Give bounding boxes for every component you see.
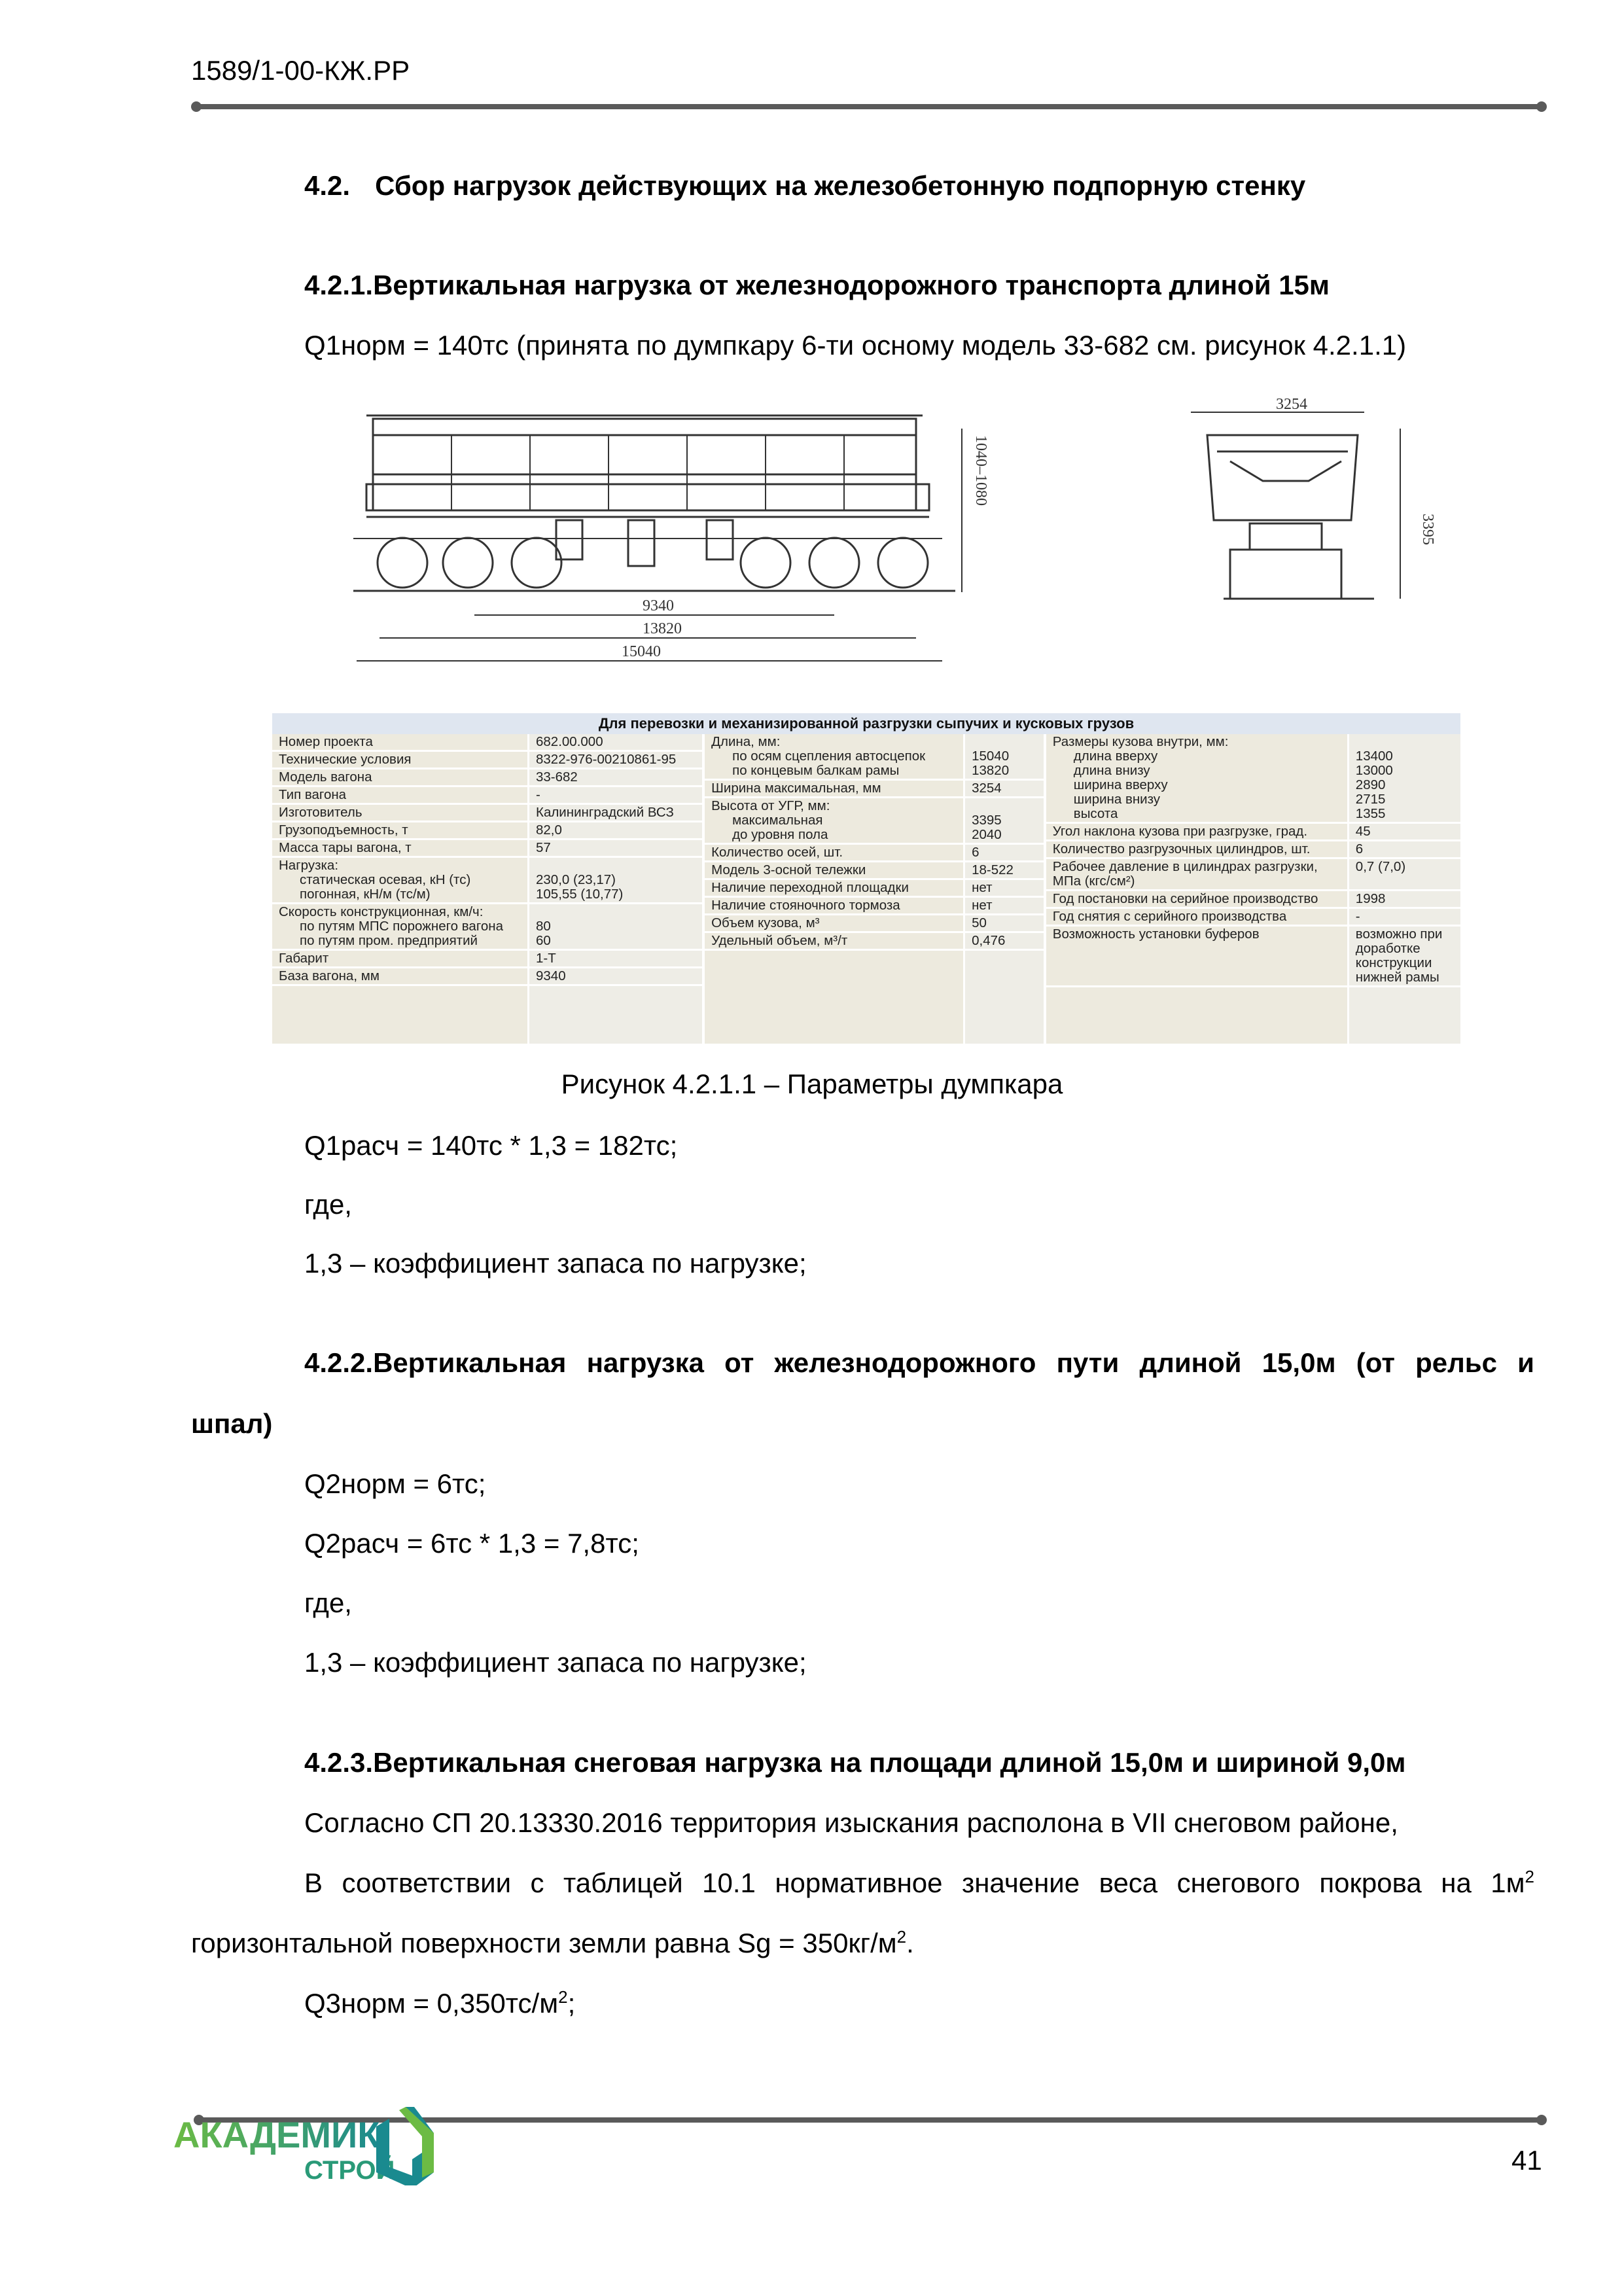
table-cell-label: Количество осей, шт. (705, 845, 963, 860)
end-view (1191, 412, 1400, 599)
table-row: База вагона, мм9340 (272, 968, 702, 986)
company-logo: АКАДЕМИК СТРОЙ (173, 2107, 435, 2185)
table-row: Наличие стояночного тормозанет (705, 898, 1044, 915)
table-row: Высота от УГР, мм:максимальнаядо уровня … (705, 798, 1044, 845)
table-cell-label: Рабочее давление в цилиндрах разгрузки, … (1046, 859, 1347, 889)
table-column-1: Номер проекта682.00.000Технические услов… (272, 734, 702, 1046)
table-row: Размеры кузова внутри, мм:длина вверхудл… (1046, 734, 1460, 824)
header-rule (194, 104, 1544, 109)
table-cell-value: нет (963, 898, 1044, 913)
subsection-heading-4-2-2: 4.2.2.Вертикальная нагрузка от железнодо… (304, 1346, 1534, 1380)
q3-norm-main: Q3норм = 0,350тс/м (304, 1988, 558, 2019)
snow-sg-text: горизонтальной поверхности земли равна S… (191, 1926, 914, 1960)
table-row: Возможность установки буфероввозможно пр… (1046, 927, 1460, 987)
table-cell-value: Калининградский ВСЗ (527, 805, 702, 821)
table-cell-value: 1504013820 (963, 734, 1044, 779)
table-row: Масса тары вагона, т57 (272, 840, 702, 858)
table-cell-value: - (1347, 909, 1460, 925)
table-cell-value: 6 (1347, 841, 1460, 857)
table-row: Удельный объем, м³/т0,476 (705, 933, 1044, 951)
figure-caption: Рисунок 4.2.1.1 – Параметры думпкара (0, 1069, 1624, 1100)
dim-height: 3395 (1419, 514, 1436, 545)
section-heading: 4.2.Сбор нагрузок действующих на железоб… (304, 169, 1305, 203)
table-cell-value: 33-682 (527, 769, 702, 785)
table-cell-value: 6 (963, 845, 1044, 860)
q2-norm: Q2норм = 6тс; (304, 1467, 485, 1501)
table-cell-value: 682.00.000 (527, 734, 702, 750)
table-cell-label: База вагона, мм (272, 968, 527, 984)
table-cell-label: Размеры кузова внутри, мм:длина вверхудл… (1046, 734, 1347, 822)
dumpcar-parameters-table: Для перевозки и механизированной разгруз… (272, 713, 1460, 1046)
table-row: Нагрузка:статическая осевая, кН (тс)пого… (272, 858, 702, 904)
table-cell-value: 3254 (963, 781, 1044, 796)
table-cell-label: Объем кузова, м³ (705, 915, 963, 931)
table-cell-label: Удельный объем, м³/т (705, 933, 963, 949)
table-cell-label: Возможность установки буферов (1046, 927, 1347, 985)
q2-calc: Q2расч = 6тс * 1,3 = 7,8тс; (304, 1527, 639, 1561)
snow-sg-text-main: горизонтальной поверхности земли равна S… (191, 1928, 897, 1958)
table-cell-value: 57 (527, 840, 702, 856)
where-label-1: где, (304, 1188, 352, 1222)
subsection-heading-4-2-1: 4.2.1.Вертикальная нагрузка от железнодо… (304, 268, 1330, 302)
table-cell-label: Технические условия (272, 752, 527, 768)
superscript: 2 (558, 1987, 567, 2007)
dim-coupler-length: 15040 (622, 643, 661, 660)
coef-note-2: 1,3 – коэффициент запаса по нагрузке; (304, 1646, 807, 1680)
q1-norm: Q1норм = 140тс (принята по думпкару 6-ти… (304, 328, 1406, 362)
table-cell-label: Модель 3-осной тележки (705, 862, 963, 878)
dim-height-side: 1040–1080 (972, 435, 989, 506)
table-cell-label: Тип вагона (272, 787, 527, 803)
subsection-heading-4-2-2-cont: шпал) (191, 1407, 272, 1441)
coef-note-1: 1,3 – коэффициент запаса по нагрузке; (304, 1246, 807, 1280)
table-row: Скорость конструкционная, км/ч:по путям … (272, 904, 702, 951)
snow-region-text: Согласно СП 20.13330.2016 территория изы… (304, 1806, 1398, 1840)
table-cell-value: 230,0 (23,17)105,55 (10,77) (527, 858, 702, 902)
table-cell-label: Длина, мм:по осям сцепления автосцепокпо… (705, 734, 963, 779)
table-cell-value: 8322-976-00210861-95 (527, 752, 702, 768)
table-row: Ширина максимальная, мм3254 (705, 781, 1044, 798)
subsection-heading-4-2-3: 4.2.3.Вертикальная снеговая нагрузка на … (304, 1746, 1406, 1780)
table-cell-value: 8060 (527, 904, 702, 949)
table-column-3: Размеры кузова внутри, мм:длина вверхудл… (1044, 734, 1460, 1046)
table-cell-label: Скорость конструкционная, км/ч:по путям … (272, 904, 527, 949)
table-row: Рабочее давление в цилиндрах разгрузки, … (1046, 859, 1460, 891)
table-title: Для перевозки и механизированной разгруз… (272, 713, 1460, 734)
table-cell-label: Год постановки на серийное производство (1046, 891, 1347, 907)
table-row: Технические условия8322-976-00210861-95 (272, 752, 702, 769)
table-cell-value: 82,0 (527, 822, 702, 838)
table-row: Номер проекта682.00.000 (272, 734, 702, 752)
table-cell-label: Масса тары вагона, т (272, 840, 527, 856)
table-row: Габарит1-Т (272, 951, 702, 968)
table-cell-label: Наличие переходной площадки (705, 880, 963, 896)
table-row: Длина, мм:по осям сцепления автосцепокпо… (705, 734, 1044, 781)
table-row: Количество разгрузочных цилиндров, шт.6 (1046, 841, 1460, 859)
table-cell-label: Номер проекта (272, 734, 527, 750)
table-cell-value: 1-Т (527, 951, 702, 966)
q3-norm: Q3норм = 0,350тс/м2; (304, 1987, 575, 2021)
snow-table-text: В соответствии с таблицей 10.1 нормативн… (304, 1866, 1534, 1900)
superscript: 2 (1525, 1867, 1534, 1886)
header-doc-code: 1589/1-00-КЖ.РР (191, 55, 410, 86)
table-cell-value: 0,7 (7,0) (1347, 859, 1460, 889)
table-cell-label: Ширина максимальная, мм (705, 781, 963, 796)
q1-calc: Q1расч = 140тс * 1,3 = 182тс; (304, 1129, 677, 1163)
dim-width: 3254 (1276, 396, 1307, 413)
table-cell-value: возможно при доработке конструкции нижне… (1347, 927, 1460, 985)
table-cell-value: 1340013000289027151355 (1347, 734, 1460, 822)
snow-table-text-main: В соответствии с таблицей 10.1 нормативн… (304, 1867, 1525, 1898)
dim-frame-length: 13820 (643, 620, 682, 637)
table-cell-value: - (527, 787, 702, 803)
table-row: Модель 3-осной тележки18-522 (705, 862, 1044, 880)
table-row: ИзготовительКалининградский ВСЗ (272, 805, 702, 822)
table-cell-value: 1998 (1347, 891, 1460, 907)
table-cell-label: Год снятия с серийного производства (1046, 909, 1347, 925)
table-cell-value: 9340 (527, 968, 702, 984)
table-cell-value: 0,476 (963, 933, 1044, 949)
table-cell-value: нет (963, 880, 1044, 896)
table-row: Наличие переходной площадкинет (705, 880, 1044, 898)
table-row: Угол наклона кузова при разгрузке, град.… (1046, 824, 1460, 841)
table-cell-label: Количество разгрузочных цилиндров, шт. (1046, 841, 1347, 857)
superscript: 2 (897, 1927, 906, 1947)
table-cell-value: 18-522 (963, 862, 1044, 878)
table-row: Объем кузова, м³50 (705, 915, 1044, 933)
table-row: Год снятия с серийного производства- (1046, 909, 1460, 927)
table-row: Модель вагона33-682 (272, 769, 702, 787)
table-row: Количество осей, шт.6 (705, 845, 1044, 862)
where-label-2: где, (304, 1586, 352, 1620)
table-cell-label: Угол наклона кузова при разгрузке, град. (1046, 824, 1347, 839)
table-row: Грузоподъемность, т82,0 (272, 822, 702, 840)
table-cell-label: Модель вагона (272, 769, 527, 785)
section-number: 4.2. (304, 170, 350, 201)
page-number: 41 (1511, 2145, 1542, 2176)
table-cell-label: Высота от УГР, мм:максимальнаядо уровня … (705, 798, 963, 843)
table-column-2: Длина, мм:по осям сцепления автосцепокпо… (702, 734, 1044, 1046)
table-cell-label: Нагрузка:статическая осевая, кН (тс)пого… (272, 858, 527, 902)
dim-wheelbase: 9340 (643, 597, 674, 614)
table-cell-value: 33952040 (963, 798, 1044, 843)
table-cell-label: Грузоподъемность, т (272, 822, 527, 838)
table-cell-value: 45 (1347, 824, 1460, 839)
table-cell-label: Габарит (272, 951, 527, 966)
dumpcar-drawing: 9340 13820 15040 1040–1080 3254 3395 (340, 376, 1466, 684)
table-row: Год постановки на серийное производство1… (1046, 891, 1460, 909)
table-cell-label: Изготовитель (272, 805, 527, 821)
table-cell-label: Наличие стояночного тормоза (705, 898, 963, 913)
table-row: Тип вагона- (272, 787, 702, 805)
table-cell-value: 50 (963, 915, 1044, 931)
section-title: Сбор нагрузок действующих на железобетон… (375, 170, 1305, 201)
logo-text-top: АКАДЕМИК (173, 2114, 380, 2155)
